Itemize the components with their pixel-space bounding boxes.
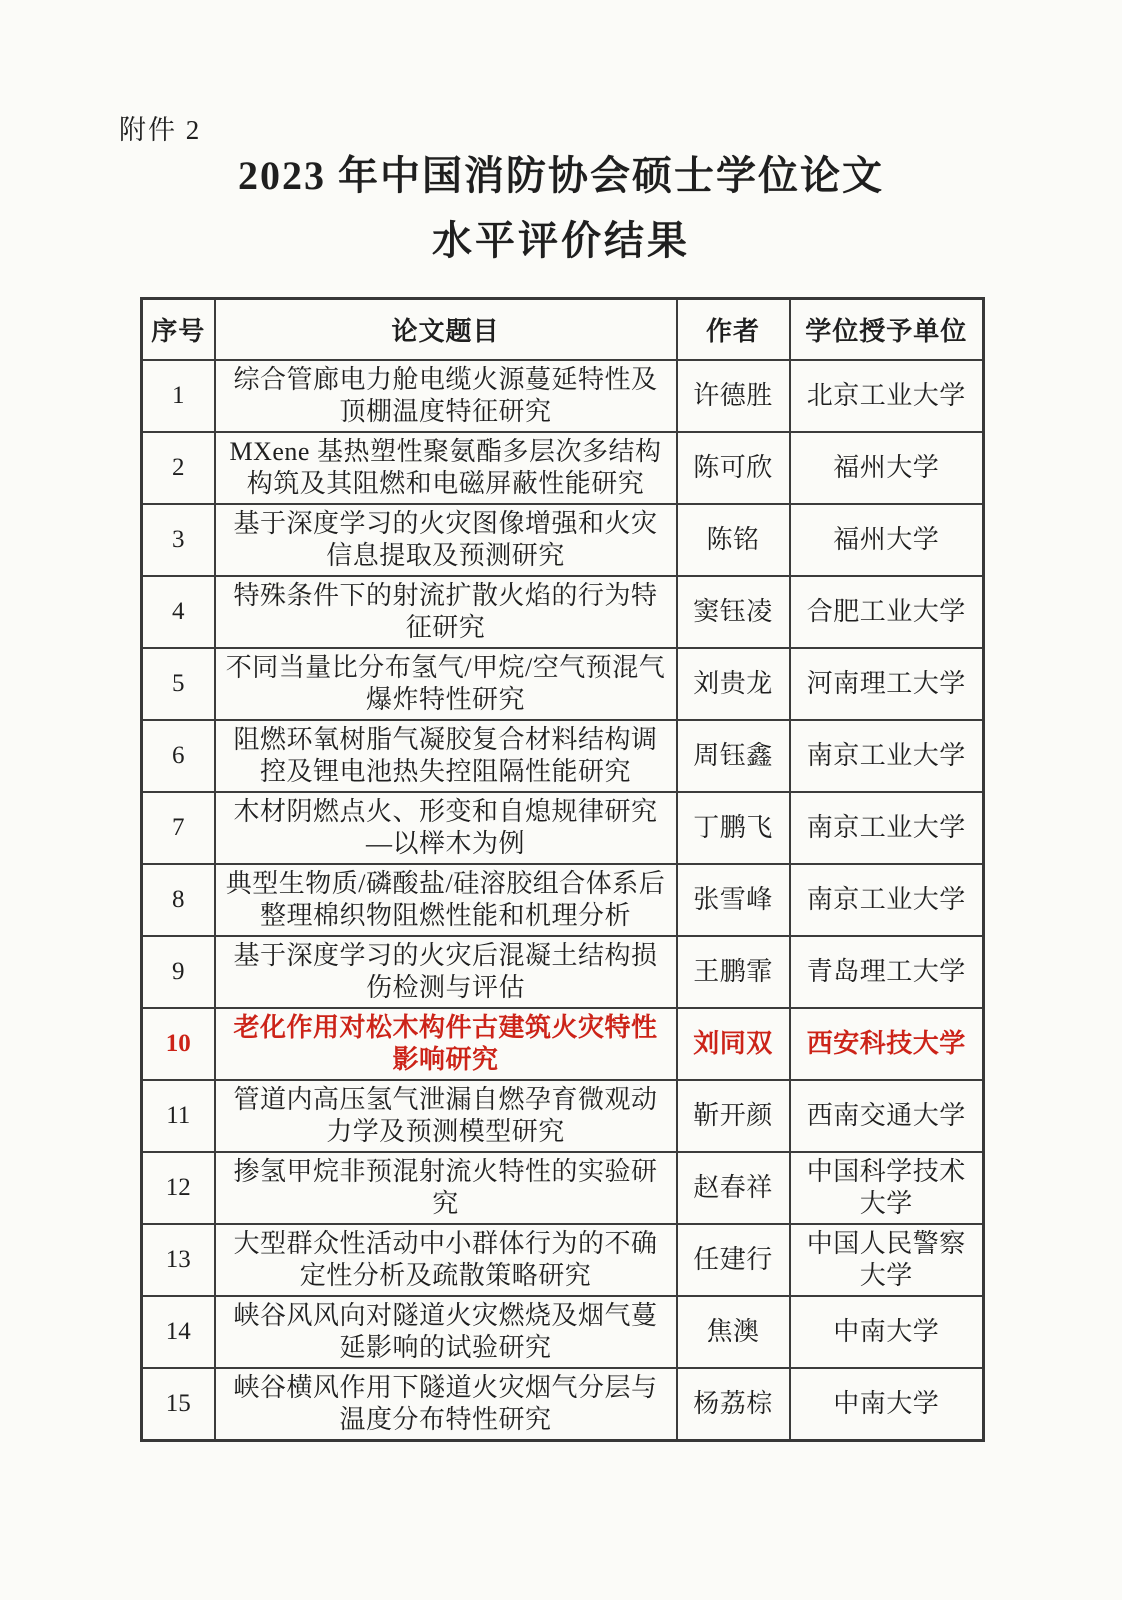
row-number: 11 [142, 1080, 215, 1152]
university-name: 青岛理工大学 [790, 936, 984, 1008]
university-name: 北京工业大学 [790, 360, 984, 432]
author-name: 王鹏霏 [677, 936, 790, 1008]
table-row: 9 基于深度学习的火灾后混凝土结构损伤检测与评估 王鹏霏 青岛理工大学 [142, 936, 984, 1008]
university-name: 南京工业大学 [790, 720, 984, 792]
thesis-title: 峡谷横风作用下隧道火灾烟气分层与温度分布特性研究 [215, 1368, 677, 1441]
header-author: 作者 [677, 299, 790, 361]
university-name: 西南交通大学 [790, 1080, 984, 1152]
thesis-title: 管道内高压氢气泄漏自燃孕育微观动力学及预测模型研究 [215, 1080, 677, 1152]
table-row: 4 特殊条件下的射流扩散火焰的行为特征研究 窦钰凌 合肥工业大学 [142, 576, 984, 648]
row-number: 12 [142, 1152, 215, 1224]
university-name: 南京工业大学 [790, 864, 984, 936]
table-row: 2 MXene 基热塑性聚氨酯多层次多结构构筑及其阻燃和电磁屏蔽性能研究 陈可欣… [142, 432, 984, 504]
university-name: 中南大学 [790, 1368, 984, 1441]
row-number: 1 [142, 360, 215, 432]
row-number: 7 [142, 792, 215, 864]
table-row: 13 大型群众性活动中小群体行为的不确定性分析及疏散策略研究 任建行 中国人民警… [142, 1224, 984, 1296]
table-row: 8 典型生物质/磷酸盐/硅溶胶组合体系后整理棉织物阻燃性能和机理分析 张雪峰 南… [142, 864, 984, 936]
row-number: 4 [142, 576, 215, 648]
author-name: 焦澳 [677, 1296, 790, 1368]
university-name: 南京工业大学 [790, 792, 984, 864]
table-row: 14 峡谷风风向对隧道火灾燃烧及烟气蔓延影响的试验研究 焦澳 中南大学 [142, 1296, 984, 1368]
row-number: 3 [142, 504, 215, 576]
table-body: 1 综合管廊电力舱电缆火源蔓延特性及顶棚温度特征研究 许德胜 北京工业大学 2 … [142, 360, 984, 1441]
author-name: 丁鹏飞 [677, 792, 790, 864]
table-row: 5 不同当量比分布氢气/甲烷/空气预混气爆炸特性研究 刘贵龙 河南理工大学 [142, 648, 984, 720]
row-number: 2 [142, 432, 215, 504]
university-name: 中国科学技术大学 [790, 1152, 984, 1224]
university-name: 福州大学 [790, 432, 984, 504]
thesis-title: 基于深度学习的火灾后混凝土结构损伤检测与评估 [215, 936, 677, 1008]
table-row: 11 管道内高压氢气泄漏自燃孕育微观动力学及预测模型研究 靳开颜 西南交通大学 [142, 1080, 984, 1152]
thesis-title: 综合管廊电力舱电缆火源蔓延特性及顶棚温度特征研究 [215, 360, 677, 432]
author-name: 陈可欣 [677, 432, 790, 504]
university-name: 西安科技大学 [790, 1008, 984, 1080]
thesis-title: 峡谷风风向对隧道火灾燃烧及烟气蔓延影响的试验研究 [215, 1296, 677, 1368]
thesis-title: 阻燃环氧树脂气凝胶复合材料结构调控及锂电池热失控阻隔性能研究 [215, 720, 677, 792]
table-row: 15 峡谷横风作用下隧道火灾烟气分层与温度分布特性研究 杨荔棕 中南大学 [142, 1368, 984, 1441]
thesis-title: MXene 基热塑性聚氨酯多层次多结构构筑及其阻燃和电磁屏蔽性能研究 [215, 432, 677, 504]
table-row: 6 阻燃环氧树脂气凝胶复合材料结构调控及锂电池热失控阻隔性能研究 周钰鑫 南京工… [142, 720, 984, 792]
author-name: 赵春祥 [677, 1152, 790, 1224]
row-number: 10 [142, 1008, 215, 1080]
thesis-title: 基于深度学习的火灾图像增强和火灾信息提取及预测研究 [215, 504, 677, 576]
row-number: 6 [142, 720, 215, 792]
author-name: 杨荔棕 [677, 1368, 790, 1441]
university-name: 福州大学 [790, 504, 984, 576]
page-title-line2: 水平评价结果 [0, 217, 1122, 265]
row-number: 5 [142, 648, 215, 720]
table-row: 7 木材阴燃点火、形变和自熄规律研究—以榉木为例 丁鹏飞 南京工业大学 [142, 792, 984, 864]
header-university: 学位授予单位 [790, 299, 984, 361]
row-number: 15 [142, 1368, 215, 1441]
thesis-title: 掺氢甲烷非预混射流火特性的实验研究 [215, 1152, 677, 1224]
author-name: 陈铭 [677, 504, 790, 576]
attachment-label: 附件 2 [119, 108, 201, 147]
university-name: 中南大学 [790, 1296, 984, 1368]
row-number: 8 [142, 864, 215, 936]
document-page: 附件 2 2023 年中国消防协会硕士学位论文 水平评价结果 序号 论文题目 作… [0, 0, 1122, 1600]
author-name: 任建行 [677, 1224, 790, 1296]
table-row: 12 掺氢甲烷非预混射流火特性的实验研究 赵春祥 中国科学技术大学 [142, 1152, 984, 1224]
results-table: 序号 论文题目 作者 学位授予单位 1 综合管廊电力舱电缆火源蔓延特性及顶棚温度… [140, 297, 985, 1442]
author-name: 周钰鑫 [677, 720, 790, 792]
table-header-row: 序号 论文题目 作者 学位授予单位 [142, 299, 984, 361]
author-name: 窦钰凌 [677, 576, 790, 648]
thesis-title: 不同当量比分布氢气/甲烷/空气预混气爆炸特性研究 [215, 648, 677, 720]
table-row: 1 综合管廊电力舱电缆火源蔓延特性及顶棚温度特征研究 许德胜 北京工业大学 [142, 360, 984, 432]
page-title: 2023 年中国消防协会硕士学位论文 水平评价结果 [0, 152, 1122, 265]
row-number: 9 [142, 936, 215, 1008]
row-number: 14 [142, 1296, 215, 1368]
thesis-title: 老化作用对松木构件古建筑火灾特性影响研究 [215, 1008, 677, 1080]
thesis-title: 特殊条件下的射流扩散火焰的行为特征研究 [215, 576, 677, 648]
thesis-title: 大型群众性活动中小群体行为的不确定性分析及疏散策略研究 [215, 1224, 677, 1296]
university-name: 合肥工业大学 [790, 576, 984, 648]
thesis-title: 木材阴燃点火、形变和自熄规律研究—以榉木为例 [215, 792, 677, 864]
author-name: 靳开颜 [677, 1080, 790, 1152]
table-row: 10 老化作用对松木构件古建筑火灾特性影响研究 刘同双 西安科技大学 [142, 1008, 984, 1080]
author-name: 许德胜 [677, 360, 790, 432]
thesis-title: 典型生物质/磷酸盐/硅溶胶组合体系后整理棉织物阻燃性能和机理分析 [215, 864, 677, 936]
table-row: 3 基于深度学习的火灾图像增强和火灾信息提取及预测研究 陈铭 福州大学 [142, 504, 984, 576]
author-name: 张雪峰 [677, 864, 790, 936]
header-serial-number: 序号 [142, 299, 215, 361]
university-name: 中国人民警察大学 [790, 1224, 984, 1296]
header-thesis-title: 论文题目 [215, 299, 677, 361]
university-name: 河南理工大学 [790, 648, 984, 720]
row-number: 13 [142, 1224, 215, 1296]
author-name: 刘同双 [677, 1008, 790, 1080]
table-header: 序号 论文题目 作者 学位授予单位 [142, 299, 984, 361]
page-title-line1: 2023 年中国消防协会硕士学位论文 [0, 152, 1122, 200]
author-name: 刘贵龙 [677, 648, 790, 720]
